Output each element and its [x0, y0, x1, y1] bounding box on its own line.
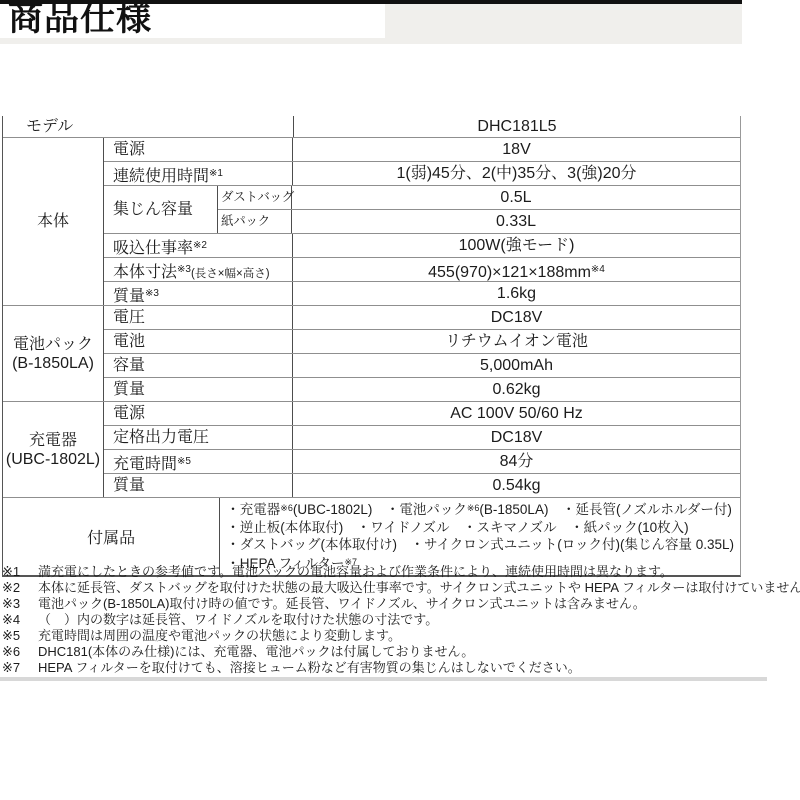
- text-segment: 1.6kg: [497, 285, 536, 302]
- spec-subcolumn: ダストバッグ0.5L紙パック0.33L: [218, 186, 740, 233]
- section-body: 電圧DC18V電池リチウムイオン電池容量5,000mAh質量0.62kg: [104, 306, 740, 401]
- title-underline: [0, 0, 742, 4]
- spec-value-cell: 455(970)×121×188mm※4: [293, 258, 740, 281]
- text-segment: 連続使用時間: [113, 168, 209, 185]
- bottom-rule: [0, 677, 767, 681]
- spec-subrow: 紙パック0.33L: [218, 209, 740, 233]
- footnote-item: ※2本体に延長管、ダストバッグを取付けた状態の最大吸込仕事率です。サイクロン式ユ…: [2, 580, 798, 596]
- spec-row: 電池リチウムイオン電池: [104, 329, 740, 353]
- footnote-ref: ※6: [467, 503, 480, 513]
- spec-label-cell: 電源: [104, 138, 293, 161]
- model-label-cell: モデル: [3, 116, 294, 137]
- spec-value-cell: 1.6kg: [293, 282, 740, 305]
- accessory-line: ・ダストバッグ(本体取付け) ・サイクロン式ユニット(ロック付)(集じん容量 0…: [226, 536, 734, 554]
- text-segment: 容量: [113, 357, 145, 374]
- text-segment: DC18V: [491, 309, 543, 326]
- spec-section: 電池パック(B-1850LA)電圧DC18V電池リチウムイオン電池容量5,000…: [3, 306, 740, 402]
- text-segment: 0.62kg: [492, 381, 540, 398]
- footnote-text: （ ）内の数字は延長管、ワイドノズルを取付けた状態の寸法です。: [38, 612, 438, 628]
- text-segment: 100W(強モード): [459, 237, 575, 254]
- section-name-line: (B-1850LA): [12, 354, 94, 373]
- spec-label-cell: 質量: [104, 474, 293, 497]
- spec-label-cell: 質量: [104, 378, 293, 401]
- footnote-item: ※7HEPA フィルターを取付けても、溶接ヒューム粉など有害物質の集じんはしない…: [2, 660, 798, 676]
- spec-subvalue-cell: 0.33L: [292, 210, 740, 233]
- page-title: 商品仕様: [0, 0, 385, 38]
- spec-value-cell: リチウムイオン電池: [293, 330, 740, 353]
- spec-label-cell: 質量※3: [104, 282, 293, 305]
- spec-subrow: ダストバッグ0.5L: [218, 186, 740, 209]
- section-name-line: 電池パック: [13, 335, 93, 354]
- footnote-item: ※1満充電にしたときの参考値です。電池パックの電池容量および作業条件により、連続…: [2, 564, 798, 580]
- footnote-mark: ※1: [2, 564, 38, 580]
- footnote-item: ※6DHC181(本体のみ仕様)には、充電器、電池パックは付属しておりません。: [2, 644, 798, 660]
- text-segment: 充電時間: [113, 456, 177, 473]
- footnote-text: 本体に延長管、ダストバッグを取付けた状態の最大吸込仕事率です。サイクロン式ユニッ…: [38, 580, 800, 596]
- spec-table: モデル DHC181L5 本体電源18V連続使用時間※11(弱)45分、2(中)…: [2, 116, 741, 577]
- spec-label-cell: 集じん容量: [104, 186, 218, 233]
- spec-row: 質量※31.6kg: [104, 281, 740, 305]
- section-body: 電源18V連続使用時間※11(弱)45分、2(中)35分、3(強)20分集じん容…: [104, 138, 740, 305]
- spec-row: 定格出力電圧DC18V: [104, 425, 740, 449]
- spec-row: 質量0.54kg: [104, 473, 740, 497]
- spec-value-cell: 100W(強モード): [293, 234, 740, 257]
- small-text-segment: (長さ×幅×高さ): [191, 268, 270, 280]
- text-segment: 0.33L: [496, 213, 536, 230]
- footnote-item: ※5充電時間は周囲の温度や電池パックの状態により変動します。: [2, 628, 798, 644]
- text-segment: 電源: [113, 405, 145, 422]
- footnote-mark: ※4: [2, 612, 38, 628]
- text-segment: ・逆止板(本体取付) ・ワイドノズル ・スキマノズル ・紙パック(10枚入): [226, 520, 688, 535]
- text-segment: 吸込仕事率: [113, 240, 193, 257]
- spec-label-cell: 吸込仕事率※2: [104, 234, 293, 257]
- footnote-item: ※4（ ）内の数字は延長管、ワイドノズルを取付けた状態の寸法です。: [2, 612, 798, 628]
- text-segment: 電圧: [113, 309, 145, 326]
- footnote-ref: ※3: [145, 288, 159, 299]
- text-segment: DC18V: [491, 429, 543, 446]
- section-name-cell: 電池パック(B-1850LA): [3, 306, 104, 401]
- footnote-item: ※3電池パック(B-1850LA)取付け時の値です。延長管、ワイドノズル、サイク…: [2, 596, 798, 612]
- spec-row: 質量0.62kg: [104, 377, 740, 401]
- footnote-mark: ※7: [2, 660, 38, 676]
- spec-value-cell: 0.54kg: [293, 474, 740, 497]
- spec-row: 吸込仕事率※2100W(強モード): [104, 233, 740, 257]
- text-segment: 18V: [502, 141, 530, 158]
- text-segment: ・充電器: [226, 502, 280, 517]
- footnote-ref: ※2: [193, 240, 207, 251]
- spec-section: 充電器(UBC-1802L)電源AC 100V 50/60 Hz定格出力電圧DC…: [3, 402, 740, 498]
- text-segment: 0.54kg: [492, 477, 540, 494]
- spec-value-cell: 18V: [293, 138, 740, 161]
- text-segment: (UBC-1802L) ・電池パック: [293, 502, 467, 517]
- text-segment: 質量: [113, 477, 145, 494]
- spec-section: 本体電源18V連続使用時間※11(弱)45分、2(中)35分、3(強)20分集じ…: [3, 138, 740, 306]
- section-body: 電源AC 100V 50/60 Hz定格出力電圧DC18V充電時間※584分質量…: [104, 402, 740, 497]
- section-name-line: 充電器: [29, 431, 77, 450]
- text-segment: リチウムイオン電池: [445, 333, 588, 350]
- text-segment: (B-1850LA) ・延長管(ノズルホルダー付): [479, 502, 731, 517]
- text-segment: 本体寸法: [113, 264, 177, 281]
- text-segment: 455(970)×121×188mm: [428, 264, 591, 281]
- footnote-text: 満充電にしたときの参考値です。電池パックの電池容量および作業条件により、連続使用…: [38, 564, 673, 580]
- footnote-ref: ※6: [280, 503, 293, 513]
- spec-row: 電圧DC18V: [104, 306, 740, 329]
- spec-label-cell: 充電時間※5: [104, 450, 293, 473]
- text-segment: 紙パック: [221, 214, 270, 228]
- spec-sublabel-cell: 紙パック: [218, 210, 292, 233]
- accessory-line: ・逆止板(本体取付) ・ワイドノズル ・スキマノズル ・紙パック(10枚入): [226, 519, 734, 537]
- product-spec-page: 商品仕様 モデル DHC181L5 本体電源18V連続使用時間※11(弱)45分…: [0, 0, 800, 800]
- footnote-mark: ※6: [2, 644, 38, 660]
- section-name-line: (UBC-1802L): [6, 450, 100, 469]
- text-segment: 電源: [113, 141, 145, 158]
- text-segment: 集じん容量: [113, 201, 193, 218]
- spec-label-cell: 電源: [104, 402, 293, 425]
- spec-label-cell: 定格出力電圧: [104, 426, 293, 449]
- text-segment: 質量: [113, 288, 145, 305]
- footnote-ref: ※4: [591, 264, 605, 275]
- model-row: モデル DHC181L5: [3, 116, 740, 138]
- text-segment: 定格出力電圧: [113, 429, 209, 446]
- footnote-text: DHC181(本体のみ仕様)には、充電器、電池パックは付属しておりません。: [38, 644, 474, 660]
- text-segment: 84分: [500, 453, 534, 470]
- spec-value-cell: 84分: [293, 450, 740, 473]
- spec-value-cell: 1(弱)45分、2(中)35分、3(強)20分: [293, 162, 740, 185]
- spec-row: 集じん容量ダストバッグ0.5L紙パック0.33L: [104, 185, 740, 233]
- section-name-cell: 本体: [3, 138, 104, 305]
- spec-value-cell: 5,000mAh: [293, 354, 740, 377]
- section-name-line: 本体: [37, 212, 69, 231]
- spec-label-cell: 容量: [104, 354, 293, 377]
- footnote-ref: ※3: [177, 264, 191, 275]
- text-segment: 電池: [113, 333, 145, 350]
- text-segment: 0.5L: [500, 189, 531, 206]
- spec-subvalue-cell: 0.5L: [292, 186, 740, 209]
- model-value-cell: DHC181L5: [294, 116, 740, 137]
- footnote-mark: ※2: [2, 580, 38, 596]
- spec-sublabel-cell: ダストバッグ: [218, 186, 292, 209]
- text-segment: 質量: [113, 381, 145, 398]
- text-segment: ダストバッグ: [221, 190, 294, 204]
- footnote-text: HEPA フィルターを取付けても、溶接ヒューム粉など有害物質の集じんはしないでく…: [38, 660, 581, 676]
- spec-value-cell: DC18V: [293, 306, 740, 329]
- spec-value-cell: 0.62kg: [293, 378, 740, 401]
- section-name-cell: 充電器(UBC-1802L): [3, 402, 104, 497]
- text-segment: ・ダストバッグ(本体取付け) ・サイクロン式ユニット(ロック付)(集じん容量 0…: [226, 537, 734, 552]
- accessory-line: ・充電器※6(UBC-1802L) ・電池パック※6(B-1850LA) ・延長…: [226, 500, 734, 519]
- footnote-text: 電池パック(B-1850LA)取付け時の値です。延長管、ワイドノズル、サイクロン…: [38, 596, 646, 612]
- spec-row: 電源AC 100V 50/60 Hz: [104, 402, 740, 425]
- text-segment: 1(弱)45分、2(中)35分、3(強)20分: [396, 165, 636, 182]
- spec-row: 本体寸法※3(長さ×幅×高さ)455(970)×121×188mm※4: [104, 257, 740, 281]
- footnote-ref: ※5: [177, 456, 191, 467]
- text-segment: 5,000mAh: [480, 357, 553, 374]
- spec-label-cell: 連続使用時間※1: [104, 162, 293, 185]
- spec-row: 電源18V: [104, 138, 740, 161]
- spec-value-cell: AC 100V 50/60 Hz: [293, 402, 740, 425]
- spec-sections: 本体電源18V連続使用時間※11(弱)45分、2(中)35分、3(強)20分集じ…: [3, 138, 740, 498]
- spec-row: 連続使用時間※11(弱)45分、2(中)35分、3(強)20分: [104, 161, 740, 185]
- footnote-mark: ※5: [2, 628, 38, 644]
- spec-label-cell: 電圧: [104, 306, 293, 329]
- text-segment: AC 100V 50/60 Hz: [450, 405, 583, 422]
- spec-row: 充電時間※584分: [104, 449, 740, 473]
- footnote-mark: ※3: [2, 596, 38, 612]
- spec-row: 容量5,000mAh: [104, 353, 740, 377]
- spec-label-cell: 本体寸法※3(長さ×幅×高さ): [104, 258, 293, 281]
- footnote-text: 充電時間は周囲の温度や電池パックの状態により変動します。: [38, 628, 401, 644]
- footnote-ref: ※1: [209, 168, 223, 179]
- footnotes: ※1満充電にしたときの参考値です。電池パックの電池容量および作業条件により、連続…: [2, 564, 798, 676]
- title-box: 商品仕様: [0, 0, 385, 38]
- spec-value-cell: DC18V: [293, 426, 740, 449]
- spec-label-cell: 電池: [104, 330, 293, 353]
